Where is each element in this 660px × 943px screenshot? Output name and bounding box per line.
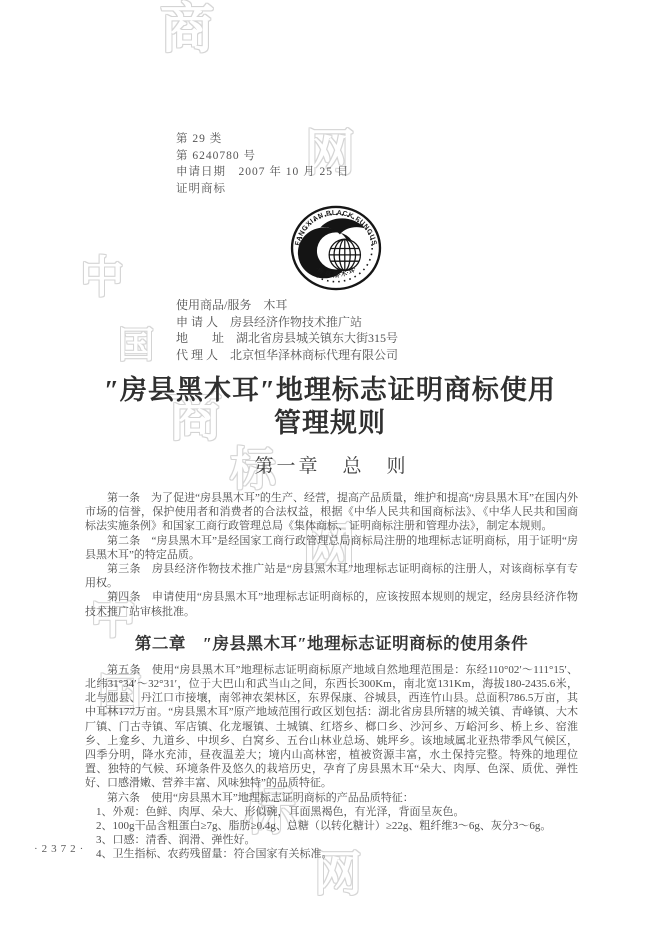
trademark-seal-logo: FANGXIAN BLACK FUNGUS ·房·县·黑·木·耳·	[287, 205, 385, 291]
document-body: 第一章 总 则 第一条 为了促进“房县黑木耳”的生产、经营，提高产品质量，维护和…	[85, 451, 578, 862]
chapter-1-heading: 第一章 总 则	[85, 451, 578, 478]
article-6-intro: 第六条 使用“房县黑木耳”地理标志证明商标的产品品质特征：	[85, 791, 578, 805]
watermark-char: 中	[80, 256, 124, 300]
applicant-info: 使用商品/服务 木耳 申 请 人 房县经济作物技术推广站 地 址 湖北省房县城关…	[176, 297, 398, 363]
article-4: 第四条 申请使用“房县黑木耳”地理标志证明商标的，应该按照本规则的规定，经房县经…	[85, 590, 578, 618]
document-title: ″房县黑木耳″地理标志证明商标使用 管理规则	[0, 374, 660, 440]
registration-header: 第 29 类 第 6240780 号 申请日期 2007 年 10 月 25 日…	[176, 131, 349, 197]
watermark-char: 商	[160, 2, 214, 56]
page-number: ·2372·	[34, 843, 87, 855]
title-line-1: ″房县黑木耳″地理标志证明商标使用	[0, 374, 660, 407]
chapter-2-heading: 第二章 ″房县黑木耳″地理标志证明商标的使用条件	[85, 630, 578, 654]
applicant-name: 申 请 人 房县经济作物技术推广站	[176, 314, 398, 331]
article-3: 第三条 房县经济作物技术推广站是“房县黑木耳”地理标志证明商标的注册人，对该商标…	[85, 562, 578, 590]
scanned-document-page: 商 网 中 国 商 标 网 中 国 标 网 第 29 类 第 6240780 号…	[0, 0, 660, 943]
article-2: 第二条 “房县黑木耳”是经国家工商行政管理总局商标局注册的地理标志证明商标，用于…	[85, 534, 578, 562]
article-1: 第一条 为了促进“房县黑木耳”的生产、经营，提高产品质量，维护和提高“房县黑木耳…	[85, 491, 578, 534]
application-date: 申请日期 2007 年 10 月 25 日	[176, 164, 349, 181]
watermark-char: 国	[118, 328, 154, 364]
registration-number: 第 6240780 号	[176, 148, 349, 165]
quality-item-1: 1、外观：色鲜、肉厚、朵大、形似碗，耳面黑褐色，有光泽，背面呈灰色。	[85, 805, 578, 819]
seal-svg: FANGXIAN BLACK FUNGUS ·房·县·黑·木·耳·	[287, 205, 385, 291]
quality-item-3: 3、口感：清香、润滑、弹性好。	[85, 833, 578, 847]
article-5: 第五条 使用“房县黑木耳”地理标志证明商标原产地域自然地理范围是：东经110°0…	[85, 663, 578, 791]
agent-name: 代 理 人 北京恒华泽林商标代理有限公司	[176, 347, 398, 364]
applicant-address: 地 址 湖北省房县城关镇东大街315号	[176, 330, 398, 347]
quality-item-4: 4、卫生指标、农药残留量：符合国家有关标准。	[85, 847, 578, 861]
trademark-class: 第 29 类	[176, 131, 349, 148]
quality-item-2: 2、100g干品含粗蛋白≥7g、脂肪≥0.4g、总糖（以转化糖计）≥22g、粗纤…	[85, 819, 578, 833]
trademark-type: 证明商标	[176, 181, 349, 198]
goods-services: 使用商品/服务 木耳	[176, 297, 398, 314]
globe-icon	[329, 239, 360, 270]
title-line-2: 管理规则	[0, 407, 660, 440]
